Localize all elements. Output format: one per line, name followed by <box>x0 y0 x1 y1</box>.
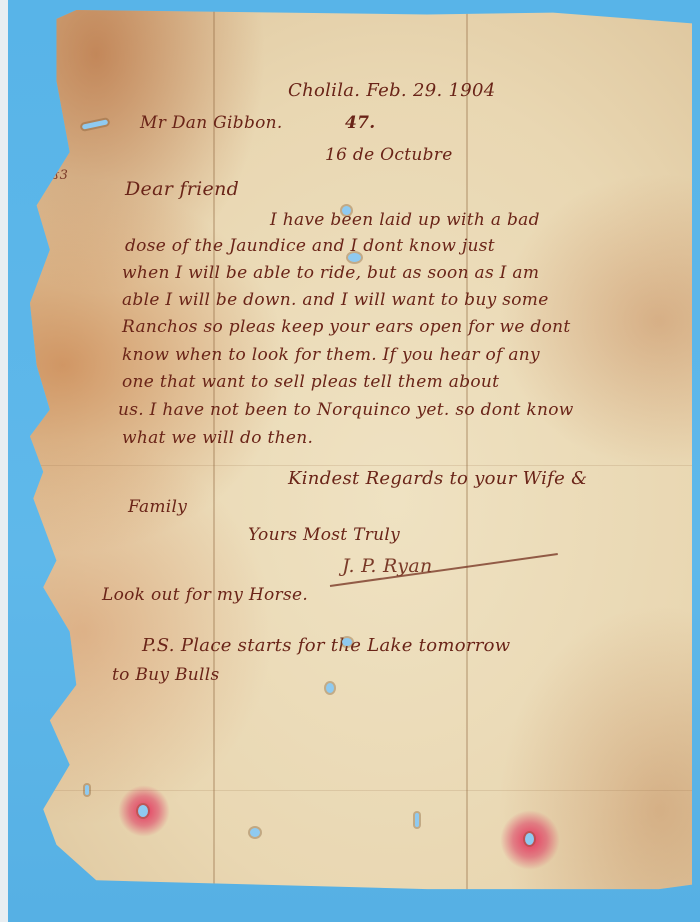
paper-hole <box>525 833 534 845</box>
paper-hole <box>138 805 148 817</box>
reference-mark: 47. <box>345 113 375 133</box>
letter-paper: Cholila. Feb. 29. 1904 Mr Dan Gibbon. 47… <box>30 10 692 898</box>
tear-mark <box>82 119 108 129</box>
salutation: Dear friend <box>125 178 239 200</box>
postscript-line: Look out for my Horse. <box>102 585 308 605</box>
recipient: Mr Dan Gibbon. <box>140 113 283 133</box>
fold-line-horizontal <box>30 465 692 466</box>
paper-hole <box>348 253 361 262</box>
alt-date: 16 de Octubre <box>325 145 453 165</box>
margin-mark: ɤ3 <box>52 168 68 183</box>
body-line: us. I have not been to Norquinco yet. so… <box>118 400 574 420</box>
body-line: when I will be able to ride, but as soon… <box>122 263 539 283</box>
body-line: I have been laid up with a bad <box>270 210 540 230</box>
fold-line-vertical <box>213 10 215 898</box>
paper-hole <box>250 828 260 837</box>
body-line: one that want to sell pleas tell them ab… <box>122 372 499 392</box>
body-line: Ranchos so pleas keep your ears open for… <box>122 317 571 337</box>
paper-hole <box>85 785 89 795</box>
paper-hole <box>415 813 419 827</box>
paper-hole <box>342 638 352 646</box>
regards-line: Kindest Regards to your Wife & <box>288 468 587 489</box>
postscript-line: to Buy Bulls <box>112 665 220 685</box>
paper-hole <box>326 683 334 693</box>
valediction: Yours Most Truly <box>248 525 400 545</box>
body-line: what we will do then. <box>122 428 313 448</box>
body-line: know when to look for them. If you hear … <box>122 345 540 365</box>
regards-continuation: Family <box>128 497 187 517</box>
place-date: Cholila. Feb. 29. 1904 <box>288 80 496 101</box>
postscript-line: P.S. Place starts for the Lake tomorrow <box>142 635 511 656</box>
fold-line-vertical <box>466 10 468 898</box>
body-line: dose of the Jaundice and I dont know jus… <box>125 236 495 256</box>
body-line: able I will be down. and I will want to … <box>122 290 549 310</box>
background-edge <box>0 0 8 922</box>
paper-hole <box>342 206 351 215</box>
